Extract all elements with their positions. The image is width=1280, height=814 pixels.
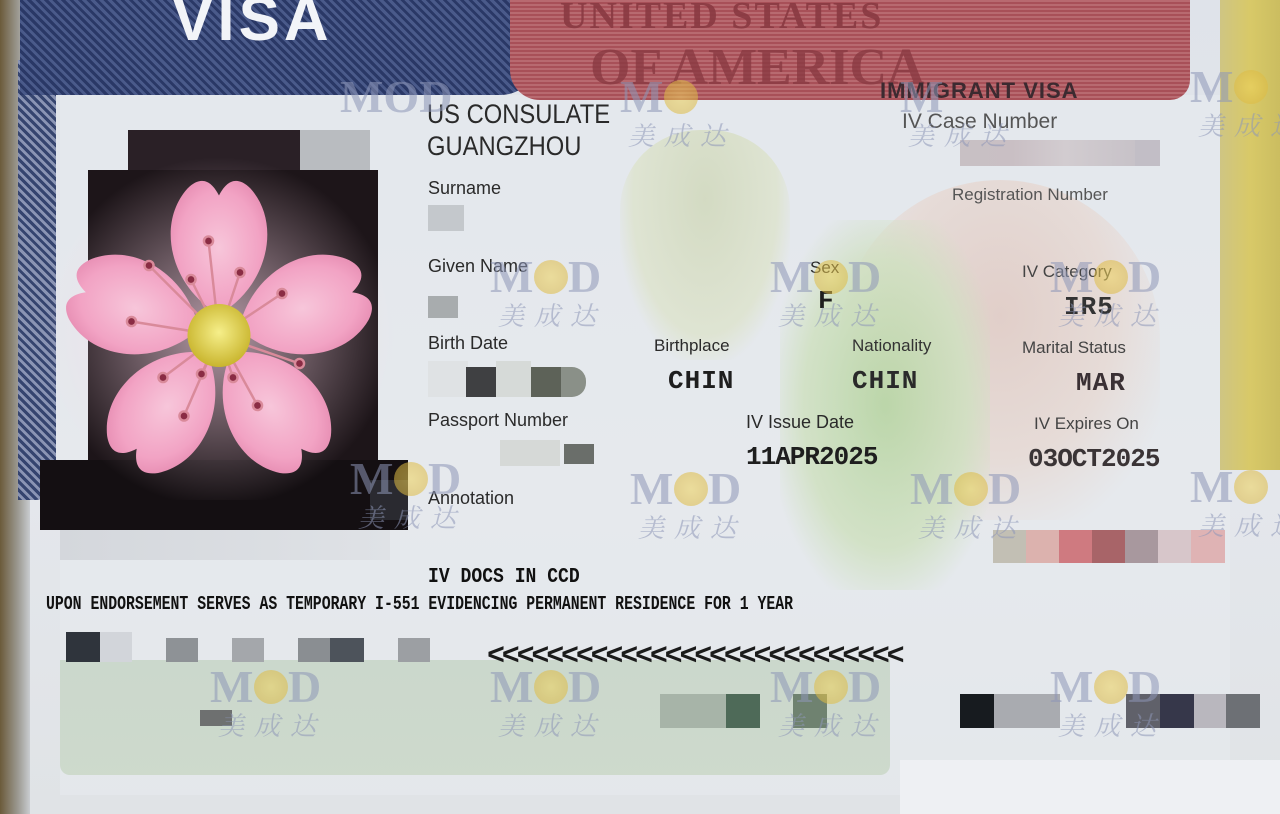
- marital-status-value: MAR: [1076, 368, 1126, 398]
- visa-type-label: IMMIGRANT VISA: [880, 78, 1079, 104]
- given-name-label: Given Name: [428, 256, 528, 277]
- case-number-label: IV Case Number: [902, 110, 1057, 134]
- birthplace-value: CHIN: [668, 366, 734, 396]
- mrz-line2-redacted: [660, 694, 1260, 728]
- annotation-label: Annotation: [428, 488, 514, 509]
- birth-date-label: Birth Date: [428, 333, 508, 354]
- visa-header-title: VISA: [172, 0, 333, 55]
- nationality-value: CHIN: [852, 366, 918, 396]
- issuing-post: US CONSULATE GUANGZHOU: [427, 98, 610, 162]
- redacted-color-strip: [993, 530, 1225, 563]
- nationality-label: Nationality: [852, 336, 931, 356]
- sex-label: Sex: [810, 258, 839, 278]
- expires-label: IV Expires On: [1034, 414, 1139, 434]
- case-number-redacted: [960, 140, 1160, 166]
- expires-value: 03OCT2025: [1028, 444, 1159, 474]
- annotation-line1: IV DOCS IN CCD: [428, 566, 580, 589]
- category-label: IV Category: [1022, 262, 1112, 282]
- seal-text-line2: OF AMERICA: [590, 38, 925, 97]
- category-value: IR5: [1064, 292, 1114, 322]
- passport-number-label: Passport Number: [428, 410, 568, 431]
- passport-page-edge: [1220, 0, 1280, 470]
- mrz-line2-left-redacted: [120, 710, 240, 726]
- seal-text-line1: UNITED STATES: [560, 0, 883, 38]
- surname-redacted: [428, 205, 464, 231]
- mrz-redacted: [66, 630, 476, 665]
- given-name-redacted: [428, 296, 488, 318]
- marital-status-label: Marital Status: [1022, 338, 1126, 358]
- redacted-left-strip: [60, 530, 390, 560]
- mrz-line: <<<<<<<<<<<<<<<<<<<<<<<<<<<<: [487, 640, 901, 674]
- page-margin: [900, 760, 1280, 814]
- lincoln-portrait-background: [620, 130, 790, 360]
- issuing-post-line2: GUANGZHOU: [427, 130, 610, 162]
- issue-date-label: IV Issue Date: [746, 412, 854, 433]
- sex-value: F: [818, 286, 835, 316]
- cherry-blossom-icon: [44, 150, 394, 500]
- visa-document: VISA UNITED STATES OF AMERICA IMMIGRANT …: [0, 0, 1280, 814]
- annotation-line2: UPON ENDORSEMENT SERVES AS TEMPORARY I-5…: [46, 593, 793, 615]
- issue-date-value: 11APR2025: [746, 442, 877, 472]
- registration-number-label: Registration Number: [952, 185, 1108, 205]
- issuing-post-line1: US CONSULATE: [427, 98, 610, 130]
- birth-date-redacted: [428, 355, 598, 397]
- surname-label: Surname: [428, 178, 501, 199]
- passport-number-redacted: [500, 440, 600, 466]
- birthplace-label: Birthplace: [654, 336, 730, 356]
